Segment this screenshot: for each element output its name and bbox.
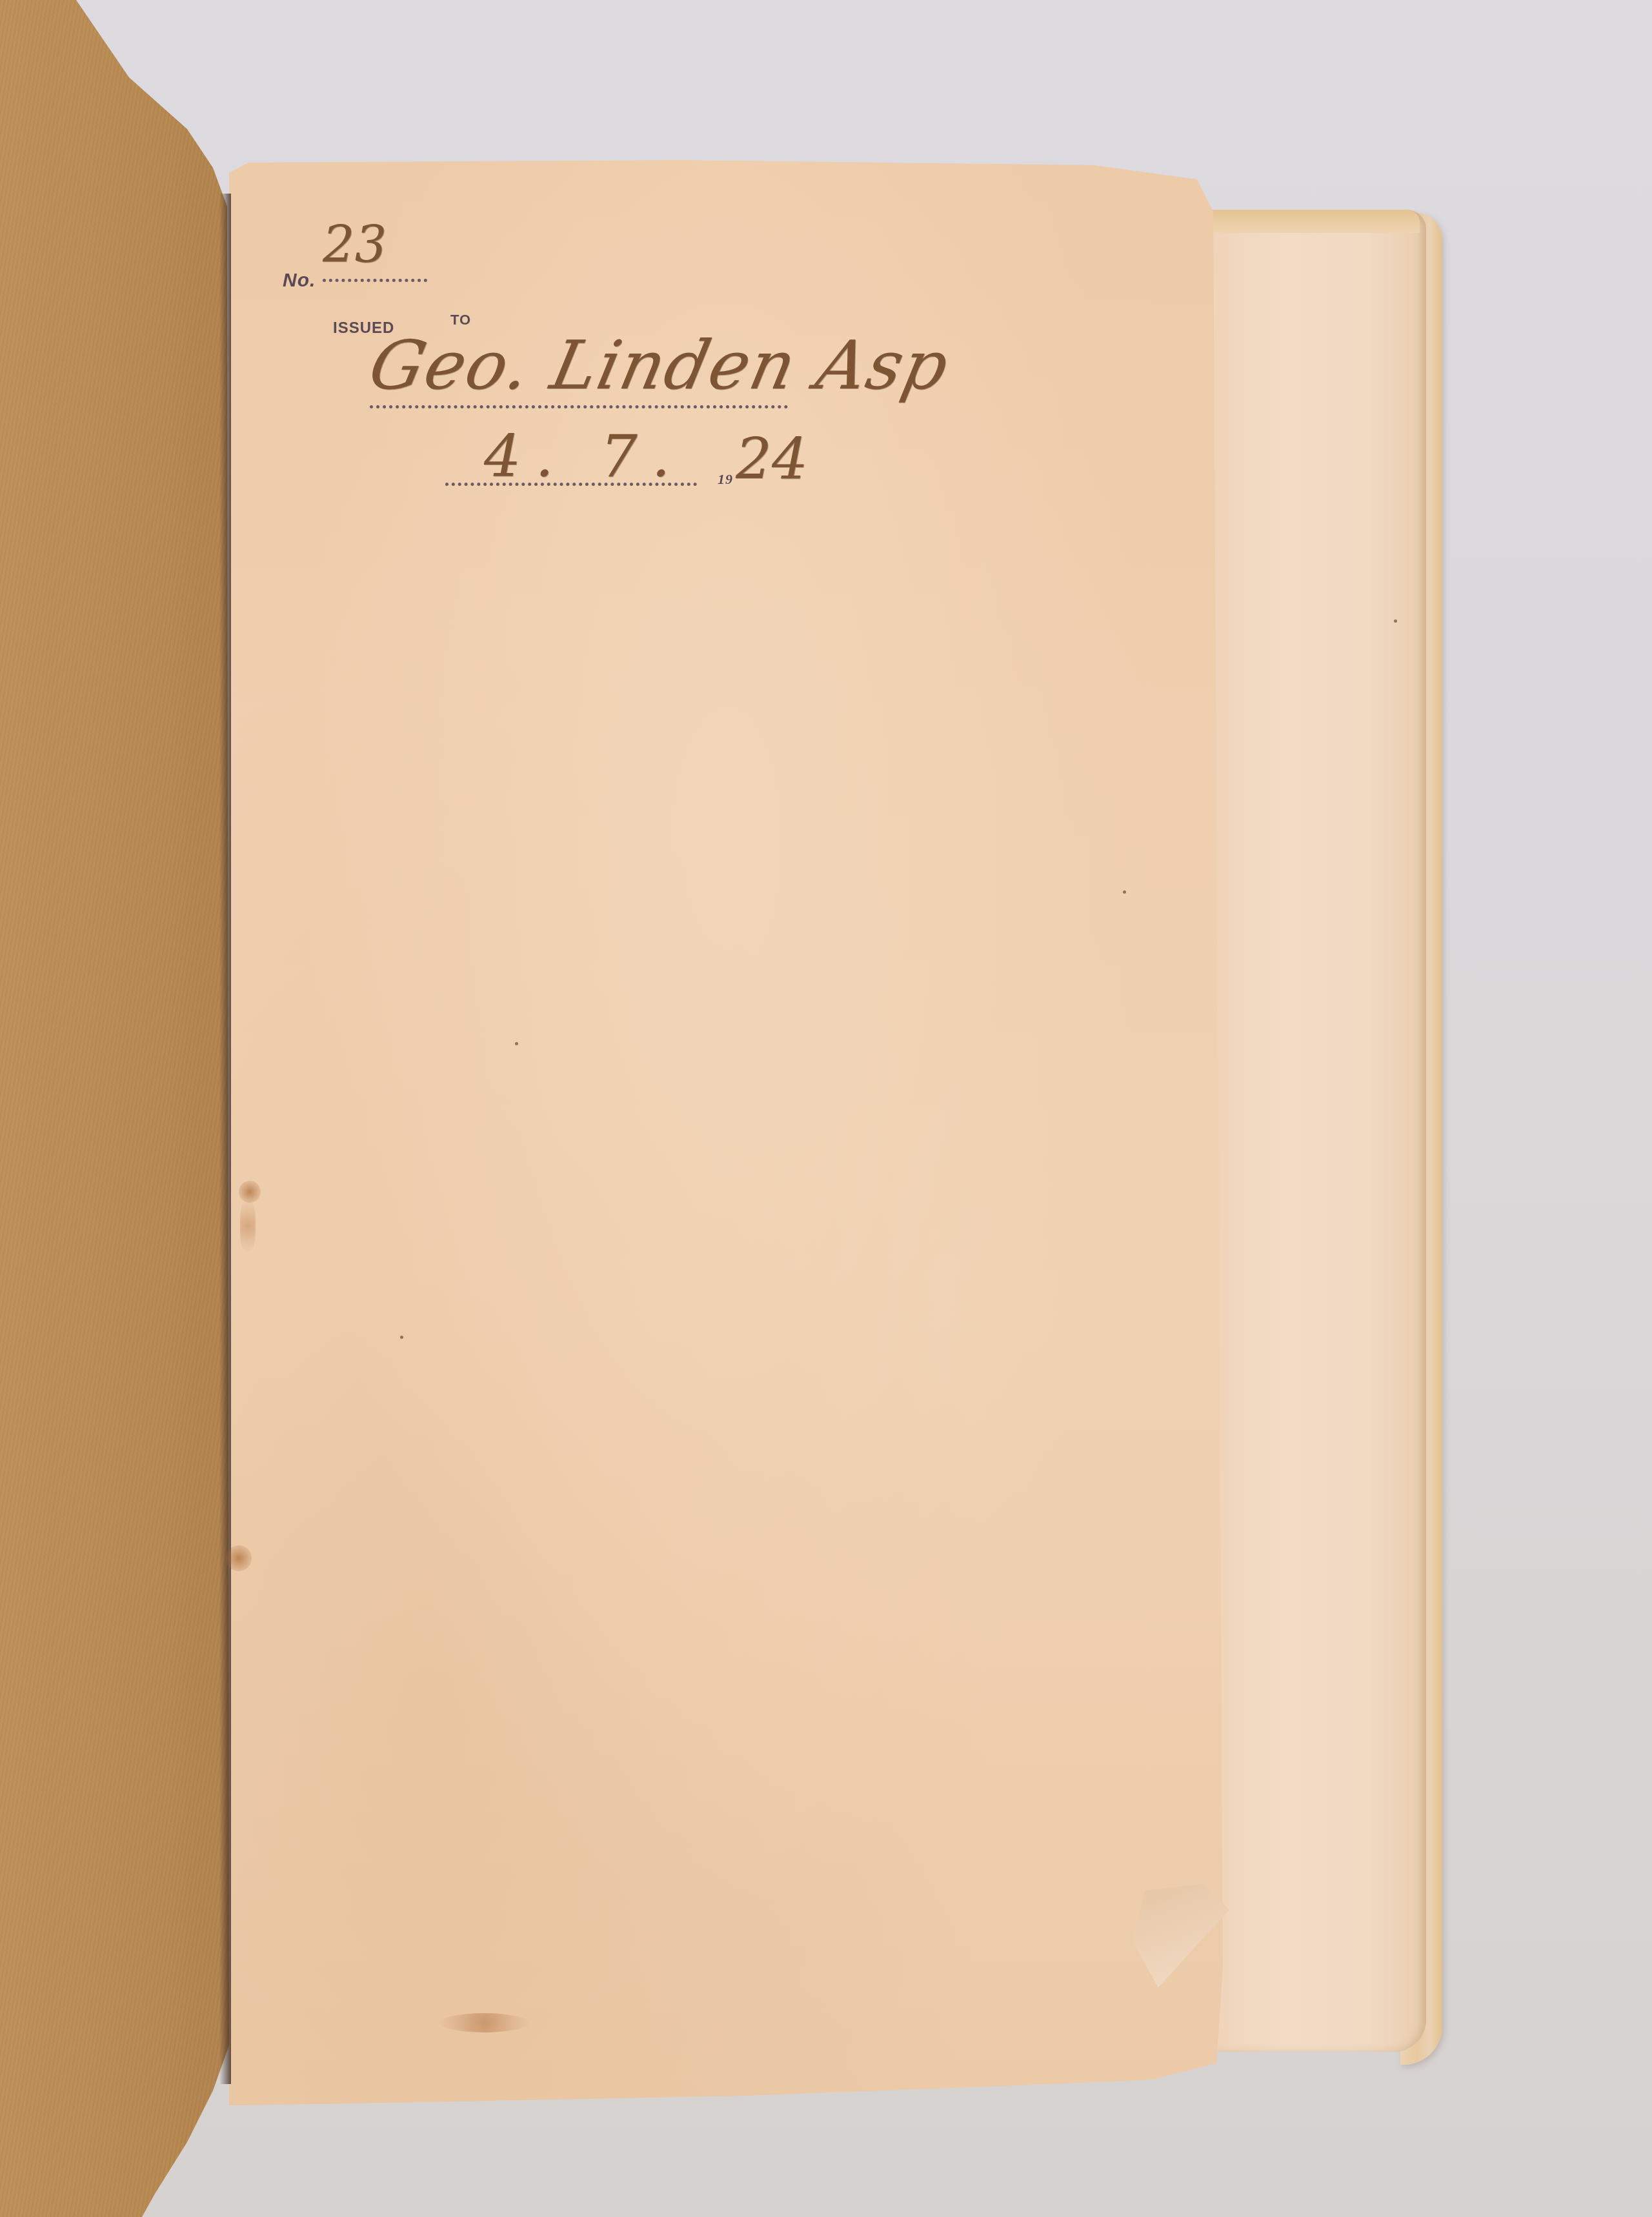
date-century-printed: 19 — [718, 471, 733, 488]
front-leaf — [229, 160, 1223, 2105]
foxing-stain — [240, 1200, 256, 1252]
number-value: 23 — [323, 216, 387, 274]
speck — [400, 1336, 403, 1339]
number-label: No. — [283, 270, 316, 292]
date-dotted-line — [445, 483, 697, 486]
foxing-stain — [226, 1545, 252, 1571]
name-dotted-line — [370, 405, 788, 408]
gutter-shadow — [219, 194, 231, 2084]
issued-to-signature: Geo. Linden Asp — [363, 326, 956, 405]
underlying-page — [1194, 210, 1426, 2052]
date-day-month: 4. 7. — [484, 423, 684, 490]
cover-texture — [0, 0, 239, 2217]
speck — [1123, 890, 1126, 894]
underlying-page-top-edge — [1194, 210, 1420, 233]
speck — [515, 1042, 518, 1045]
speck — [1394, 619, 1397, 623]
foxing-stain — [239, 1181, 261, 1203]
number-dotted-line — [323, 279, 427, 282]
book-cover — [0, 0, 239, 2217]
foxing-stain — [439, 2013, 529, 2032]
date-year: 24 — [736, 426, 808, 492]
